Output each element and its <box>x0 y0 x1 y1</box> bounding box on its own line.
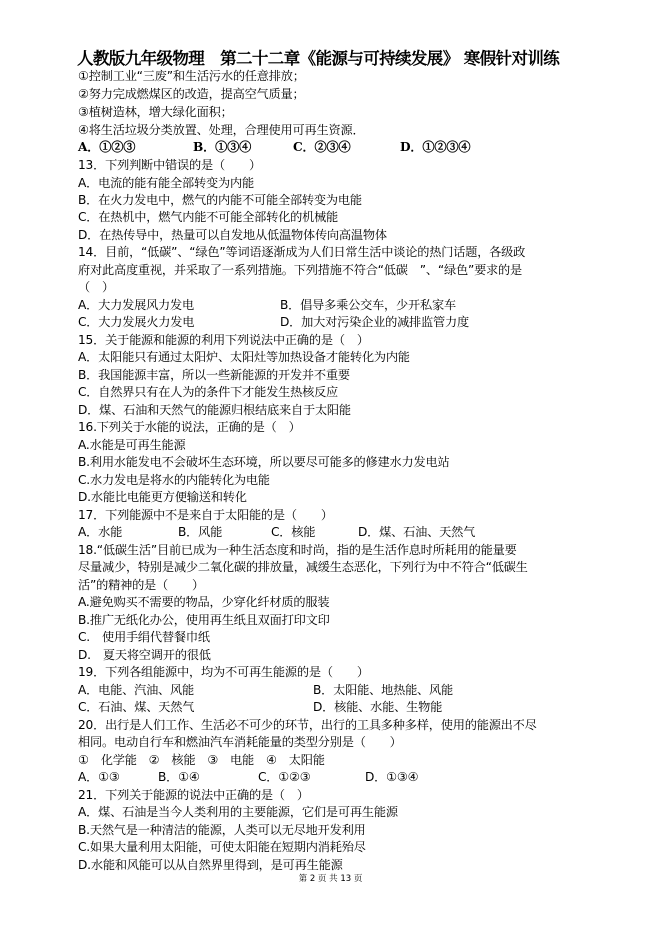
q21-option-b: B.天然气是一种清洁的能源，人类可以无尽地开发利用 <box>78 822 366 839</box>
q20-option-c: C．①②③ <box>258 769 310 786</box>
q17-option-d: D．煤、石油、天然气 <box>358 524 475 541</box>
q18-stem-line-3: 活”的精神的是（ ） <box>78 577 204 594</box>
q21-option-c: C.如果大量利用太阳能，可使太阳能在短期内消耗殆尽 <box>78 839 366 856</box>
q12-item-2: ②努力完成燃煤区的改造，提高空气质量； <box>78 86 305 103</box>
q14-option-b: B．倡导多乘公交车，少开私家车 <box>280 297 456 314</box>
q15-option-d: D．煤、石油和天然气的能源归根结底来自于太阳能 <box>78 402 351 419</box>
q20-option-d: D．①③④ <box>365 769 418 786</box>
q20-stem-line-2: 相同。电动自行车和燃油汽车消耗能量的类型分别是（ ） <box>78 734 402 751</box>
q13-option-d: D．在热传导中，热量可以自发地从低温物体传向高温物体 <box>78 227 387 244</box>
document-page: 人教版九年级物理 第二十二章《能源与可持续发展》 寒假针对训练 ①控制工业“三废… <box>0 0 661 935</box>
q15-option-b: B．我国能源丰富，所以一些新能源的开发并不重要 <box>78 367 350 384</box>
q13-option-b: B．在火力发电中，燃气的内能不可能全部转变为电能 <box>78 192 362 209</box>
q12-item-1: ①控制工业“三废”和生活污水的任意排放； <box>78 68 305 85</box>
q12-option-a: A．①②③ <box>78 139 135 156</box>
q12-option-d: D．①②③④ <box>400 139 470 156</box>
q15-option-a: A．太阳能只有通过太阳炉、太阳灶等加热设备才能转化为内能 <box>78 349 410 366</box>
q13-option-c: C．在热机中，燃气内能不可能全部转化的机械能 <box>78 209 338 226</box>
q21-option-a: A．煤、石油是当今人类利用的主要能源，它们是可再生能源 <box>78 804 398 821</box>
q16-option-b: B.利用水能发电不会破坏生态环境，所以要尽可能多的修建水力发电站 <box>78 454 449 471</box>
q17-option-c: C．核能 <box>271 524 315 541</box>
q17-option-a: A．水能 <box>78 524 122 541</box>
q12-option-c: C．②③④ <box>293 139 350 156</box>
q12-option-b: B．①③④ <box>193 139 251 156</box>
q16-option-a: A.水能是可再生能源 <box>78 437 186 454</box>
q19-option-a: A．电能、汽油、风能 <box>78 682 194 699</box>
q18-option-c: C. 使用手绢代替餐巾纸 <box>78 629 210 646</box>
q15-stem: 15．关于能源和能源的利用下列说法中正确的是（ ） <box>78 332 369 349</box>
q20-choices: ① 化学能 ② 核能 ③ 电能 ④ 太阳能 <box>78 752 325 769</box>
q14-stem-line-3: （ ） <box>78 279 114 296</box>
q17-stem: 17．下列能源中不是来自于太阳能的是（ ） <box>78 507 333 524</box>
q14-option-d: D．加大对污染企业的减排监管力度 <box>280 314 469 331</box>
page-title: 人教版九年级物理 第二十二章《能源与可持续发展》 寒假针对训练 <box>77 45 559 69</box>
q18-stem-line-2: 尽量减少，特别是减少二氧化碳的排放量，减缓生态恶化，下列行为中不符合“低碳生 <box>78 559 528 576</box>
q18-option-b: B.推广无纸化办公，使用再生纸且双面打印文印 <box>78 612 330 629</box>
page-footer: 第 2 页 共 13 页 <box>0 872 661 884</box>
q18-stem-line-1: 18.“低碳生活”目前已成为一种生活态度和时尚，指的是生活作息时所耗用的能量要 <box>78 542 517 559</box>
q19-stem: 19．下列各组能源中，均为不可再生能源的是（ ） <box>78 664 369 681</box>
q14-option-c: C．大力发展火力发电 <box>78 314 194 331</box>
q13-option-a: A．电流的能有能全部转变为内能 <box>78 175 254 192</box>
q20-stem-line-1: 20．出行是人们工作、生活必不可少的环节，出行的工具多种多样，使用的能源出不尽 <box>78 717 537 734</box>
q16-option-c: C.水力发电是将水的内能转化为电能 <box>78 472 270 489</box>
q16-stem: 16.下列关于水能的说法，正确的是（ ） <box>78 419 301 436</box>
q20-option-b: B．①④ <box>158 769 200 786</box>
q17-option-b: B．风能 <box>178 524 222 541</box>
q14-stem-line-1: 14．目前，“低碳”、“绿色”等词语逐渐成为人们日常生活中谈论的热门话题，各级政 <box>78 244 525 261</box>
q14-stem-line-2: 府对此高度重视，并采取了一系列措施。下列措施不符合“低碳 ”、“绿色”要求的是 <box>78 262 522 279</box>
q19-option-c: C．石油、煤、天然气 <box>78 699 194 716</box>
q20-option-a: A．①③ <box>78 769 120 786</box>
q18-option-a: A.避免购买不需要的物品，少穿化纤材质的服装 <box>78 594 329 611</box>
q15-option-c: C．自然界只有在人为的条件下才能发生热核反应 <box>78 384 338 401</box>
q13-stem: 13．下列判断中错误的是（ ） <box>78 157 261 174</box>
q14-option-a: A．大力发展风力发电 <box>78 297 194 314</box>
q16-option-d: D.水能比电能更方便输送和转化 <box>78 489 247 506</box>
q21-stem: 21．下列关于能源的说法中正确的是（ ） <box>78 787 309 804</box>
q12-item-3: ③植树造林，增大绿化面积； <box>78 104 233 121</box>
q18-option-d: D. 夏天将空调开的很低 <box>78 647 211 664</box>
q19-option-d: D．核能、水能、生物能 <box>313 699 442 716</box>
q12-item-4: ④将生活垃圾分类放置、处理，合理使用可再生资源． <box>78 122 364 139</box>
q19-option-b: B．太阳能、地热能、风能 <box>313 682 453 699</box>
